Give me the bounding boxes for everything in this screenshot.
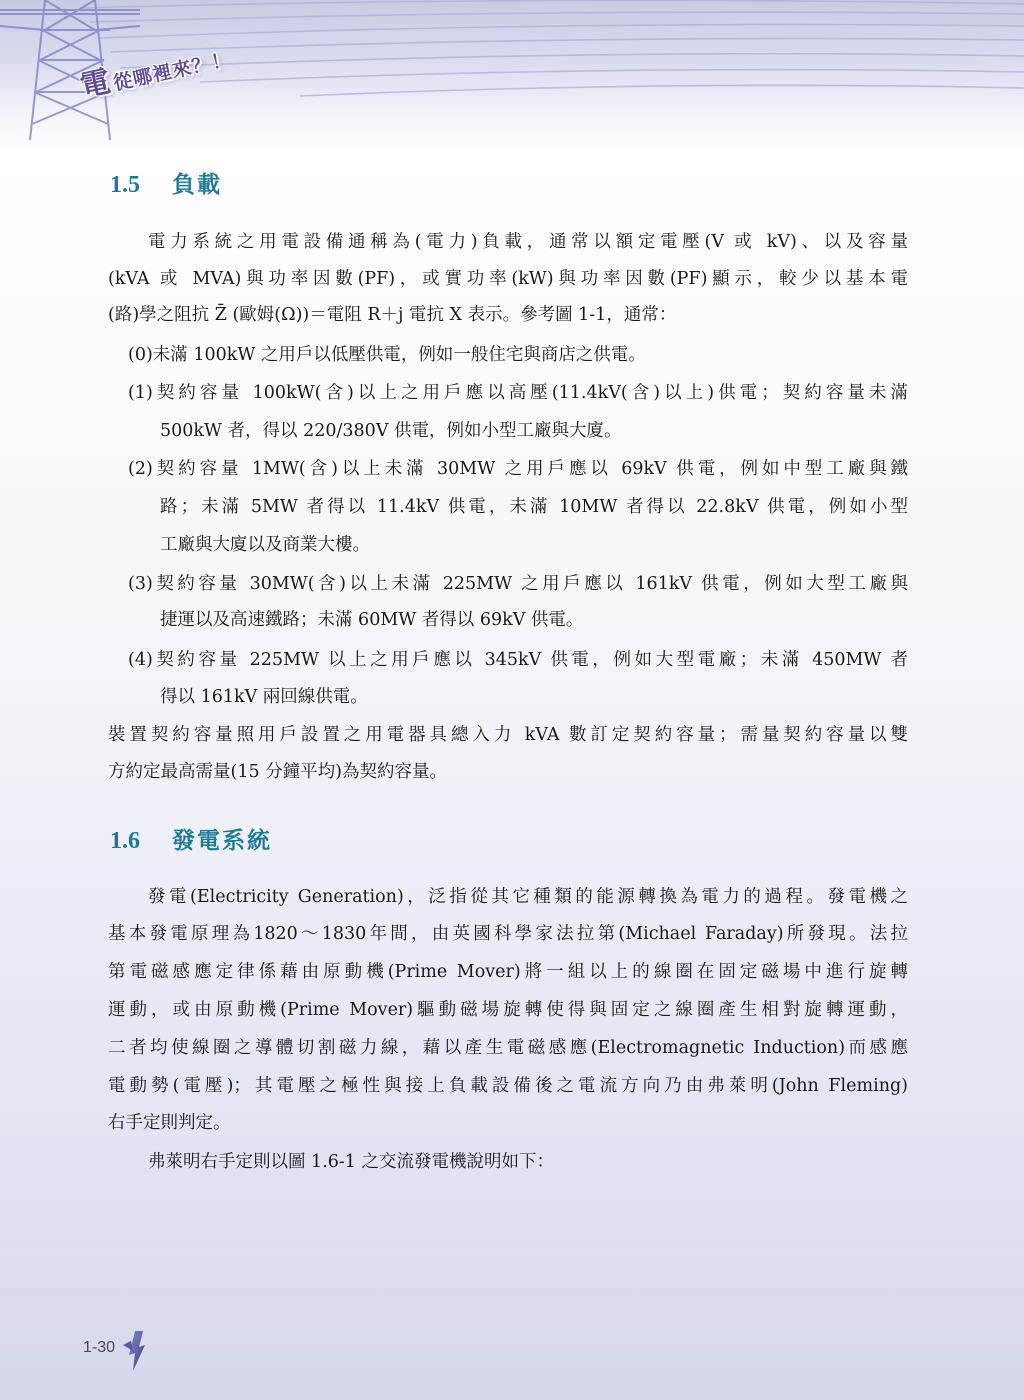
text-line: 運動，或由原動機(Prime Mover)驅動磁場旋轉使得與固定之線圈產生相對旋… [108,998,908,1022]
text-line: 裝置契約容量照用戶設置之用電器具總入力 kVA 數訂定契約容量；需量契約容量以雙 [108,723,908,747]
section-heading-1-6: 1.6發電系統 [110,822,272,855]
section-title: 發電系統 [172,828,272,854]
lightning-bolt-icon [123,1331,145,1371]
header-title-big: 電 [77,64,115,105]
section-number: 1.6 [110,828,172,855]
text-line: (2)契約容量 1MW(含)以上未滿 30MW 之用戶應以 69kV 供電，例如… [128,457,908,481]
text-line: 路；未滿 5MW 者得以 11.4kV 供電，未滿 10MW 者得以 22.8k… [160,495,908,519]
text-line: (路)學之阻抗 Z̄ (歐姆(Ω))＝電阻 R＋j 電抗 X 表示。參考圖 1-… [108,303,676,327]
text-line: 二者均使線圈之導體切割磁力線，藉以產生電磁感應(Electromagnetic … [108,1036,908,1060]
text-line: 捷運以及高速鐵路；未滿 60MW 者得以 69kV 供電。 [160,608,583,632]
text-line: 方約定最高需量(15 分鐘平均)為契約容量。 [108,760,447,784]
text-line: 右手定則判定。 [108,1111,231,1135]
text-line: (0)未滿 100kW 之用戶以低壓供電，例如一般住宅與商店之供電。 [128,343,646,367]
text-line: 工廠與大廈以及商業大樓。 [160,533,370,557]
text-line: 電動勢(電壓)；其電壓之極性與接上負載設備後之電流方向乃由弗萊明(John Fl… [108,1074,908,1098]
text-line: (1)契約容量 100kW(含)以上之用戶應以高壓(11.4kV(含)以上)供電… [128,381,908,405]
text-line: 電力系統之用電設備通稱為(電力)負載，通常以額定電壓(V 或 kV)、以及容量 [148,230,908,254]
text-line: 弗萊明右手定則以圖 1.6-1 之交流發電機說明如下： [148,1150,554,1174]
text-line: 500kW 者，得以 220/380V 供電，例如小型工廠與大廈。 [160,419,622,443]
section-heading-1-5: 1.5負載 [110,166,222,199]
text-line: (3)契約容量 30MW(含)以上未滿 225MW 之用戶應以 161kV 供電… [128,572,908,596]
text-line: (4)契約容量 225MW 以上之用戶應以 345kV 供電，例如大型電廠；未滿… [128,648,908,672]
text-line: (kVA 或 MVA)與功率因數(PF)，或實功率(kW)與功率因數(PF)顯示… [108,267,908,291]
text-line: 基本發電原理為1820～1830年間，由英國科學家法拉第(Michael Far… [108,922,908,946]
section-number: 1.5 [110,172,172,199]
page-number: 1-30 [83,1339,115,1357]
page-header-banner: 電從哪裡來？！ [0,0,1024,150]
page-footer: 1-30 [83,1325,145,1371]
text-line: 發電(Electricity Generation)，泛指從其它種類的能源轉換為… [148,885,908,909]
text-line: 第電磁感應定律係藉由原動機(Prime Mover)將一組以上的線圈在固定磁場中… [108,960,908,984]
section-title: 負載 [172,172,222,198]
text-line: 得以 161kV 兩回線供電。 [160,685,368,709]
